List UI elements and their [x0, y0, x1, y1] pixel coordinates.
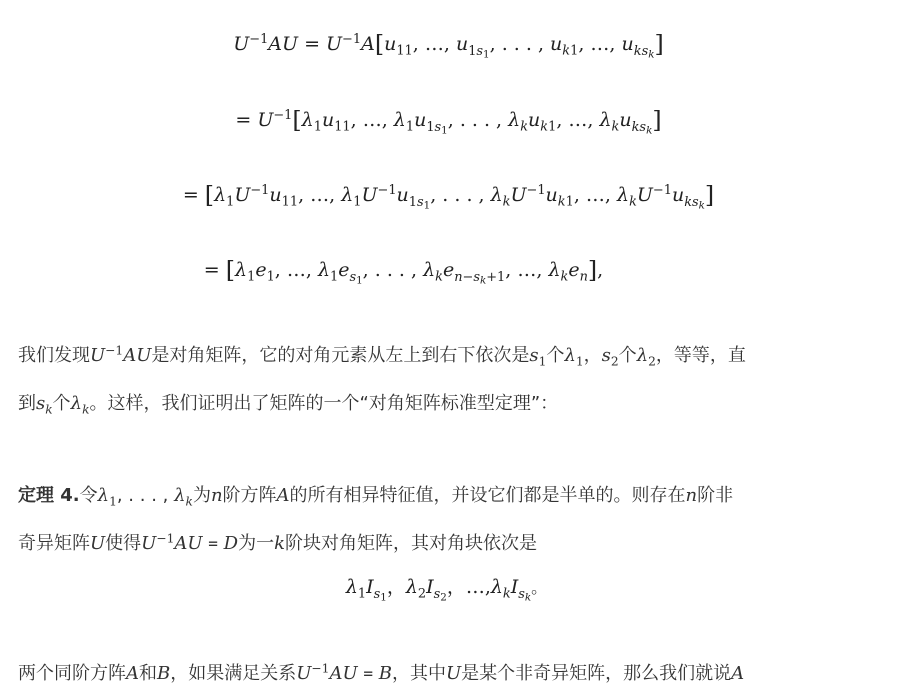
math-inline: U−1AU	[90, 345, 151, 366]
theorem-4: 定理 4.令λ1, . . . , λk为n阶方阵A的所有相异特征值，并设它们都…	[18, 472, 888, 568]
math-inline: n	[686, 485, 698, 506]
text: 阶方阵	[223, 485, 277, 506]
text: 。	[531, 578, 547, 597]
math-inline: B	[157, 663, 170, 684]
math-inline: A	[126, 663, 139, 684]
text: 令	[80, 485, 98, 506]
math-inline: U	[446, 663, 461, 684]
diagonal-blocks-formula: λ1Is1，λ2Is2，…,λkIsk。	[0, 572, 895, 599]
paragraph-diagonal-result: 我们发现U−1AU是对角矩阵，它的对角元素从左上到右下依次是s1个λ1，s2个λ…	[18, 332, 888, 428]
math-inline: U	[90, 533, 105, 554]
math-inline: s2	[602, 345, 619, 366]
text: 阶块对角矩阵，其对角块依次是	[285, 533, 537, 554]
text: 和	[139, 663, 157, 684]
equation-line-4: = [λ1e1, …, λ1es1, . . . , λken−sk+1, …,…	[0, 256, 852, 284]
paragraph-line-1: 我们发现U−1AU是对角矩阵，它的对角元素从左上到右下依次是s1个λ1，s2个λ…	[18, 332, 888, 380]
text: ，等等，直	[656, 345, 746, 366]
text: 是某个非奇异矩阵，那么我们就说	[461, 663, 731, 684]
math-inline: A	[277, 485, 290, 506]
math-inline: λk	[174, 485, 193, 506]
math-inline: U−1AU = B	[296, 663, 392, 684]
text: 为	[193, 485, 211, 506]
text: 使得	[105, 533, 141, 554]
math-inline: sk	[36, 393, 53, 414]
theorem-label: 定理 4.	[18, 485, 80, 506]
equation-line-3: = [λ1U−1u11, …, λ1U−1u1s1, . . . , λkU−1…	[0, 181, 897, 209]
math-inline: λ1	[564, 345, 583, 366]
text: 个	[619, 345, 637, 366]
paragraph-line-1: 两个同阶方阵A和B，如果满足关系U−1AU = B，其中U是某个非奇异矩阵，那么…	[18, 650, 888, 697]
math-inline: A	[731, 663, 744, 684]
text: , . . . ,	[117, 485, 169, 506]
text: ，如果满足关系	[170, 663, 296, 684]
math-inline: k	[274, 533, 285, 554]
theorem-line-2: 奇异矩阵U使得U−1AU = D为一k阶块对角矩阵，其对角块依次是	[18, 520, 888, 568]
math-inline: λ1	[98, 485, 117, 506]
text: 的所有相异特征值，并设它们都是半单的。则存在	[290, 485, 686, 506]
text: 奇异矩阵	[18, 533, 90, 554]
text: ，	[584, 345, 602, 366]
text: 为一	[238, 533, 274, 554]
text: 个	[546, 345, 564, 366]
text: 到	[18, 393, 36, 414]
equation-line-1: U−1AU = U−1A[u11, …, u1s1, . . . , uk1, …	[0, 30, 897, 58]
paragraph-line-2: 到sk个λk。这样，我们证明出了矩阵的一个“对角矩阵标准型定理”：	[18, 380, 888, 428]
math-inline: λk	[71, 393, 90, 414]
paragraph-similarity-definition: 两个同阶方阵A和B，如果满足关系U−1AU = B，其中U是某个非奇异矩阵，那么…	[18, 650, 888, 697]
text: 阶非	[697, 485, 733, 506]
math-inline: n	[211, 485, 223, 506]
math-inline: s1	[529, 345, 546, 366]
text: 两个同阶方阵	[18, 663, 126, 684]
text: 。这样，我们证明出了矩阵的一个“对角矩阵标准型定理”：	[90, 393, 559, 414]
math-inline: λ2	[637, 345, 656, 366]
text: 个	[53, 393, 71, 414]
text: 我们发现	[18, 345, 90, 366]
text: 是对角矩阵，它的对角元素从左上到右下依次是	[151, 345, 529, 366]
theorem-line-1: 定理 4.令λ1, . . . , λk为n阶方阵A的所有相异特征值，并设它们都…	[18, 472, 888, 520]
math-inline: U−1AU = D	[141, 533, 238, 554]
equation-line-2: = U−1[λ1u11, …, λ1u1s1, . . . , λkuk1, ……	[0, 106, 897, 134]
text: ，其中	[392, 663, 446, 684]
